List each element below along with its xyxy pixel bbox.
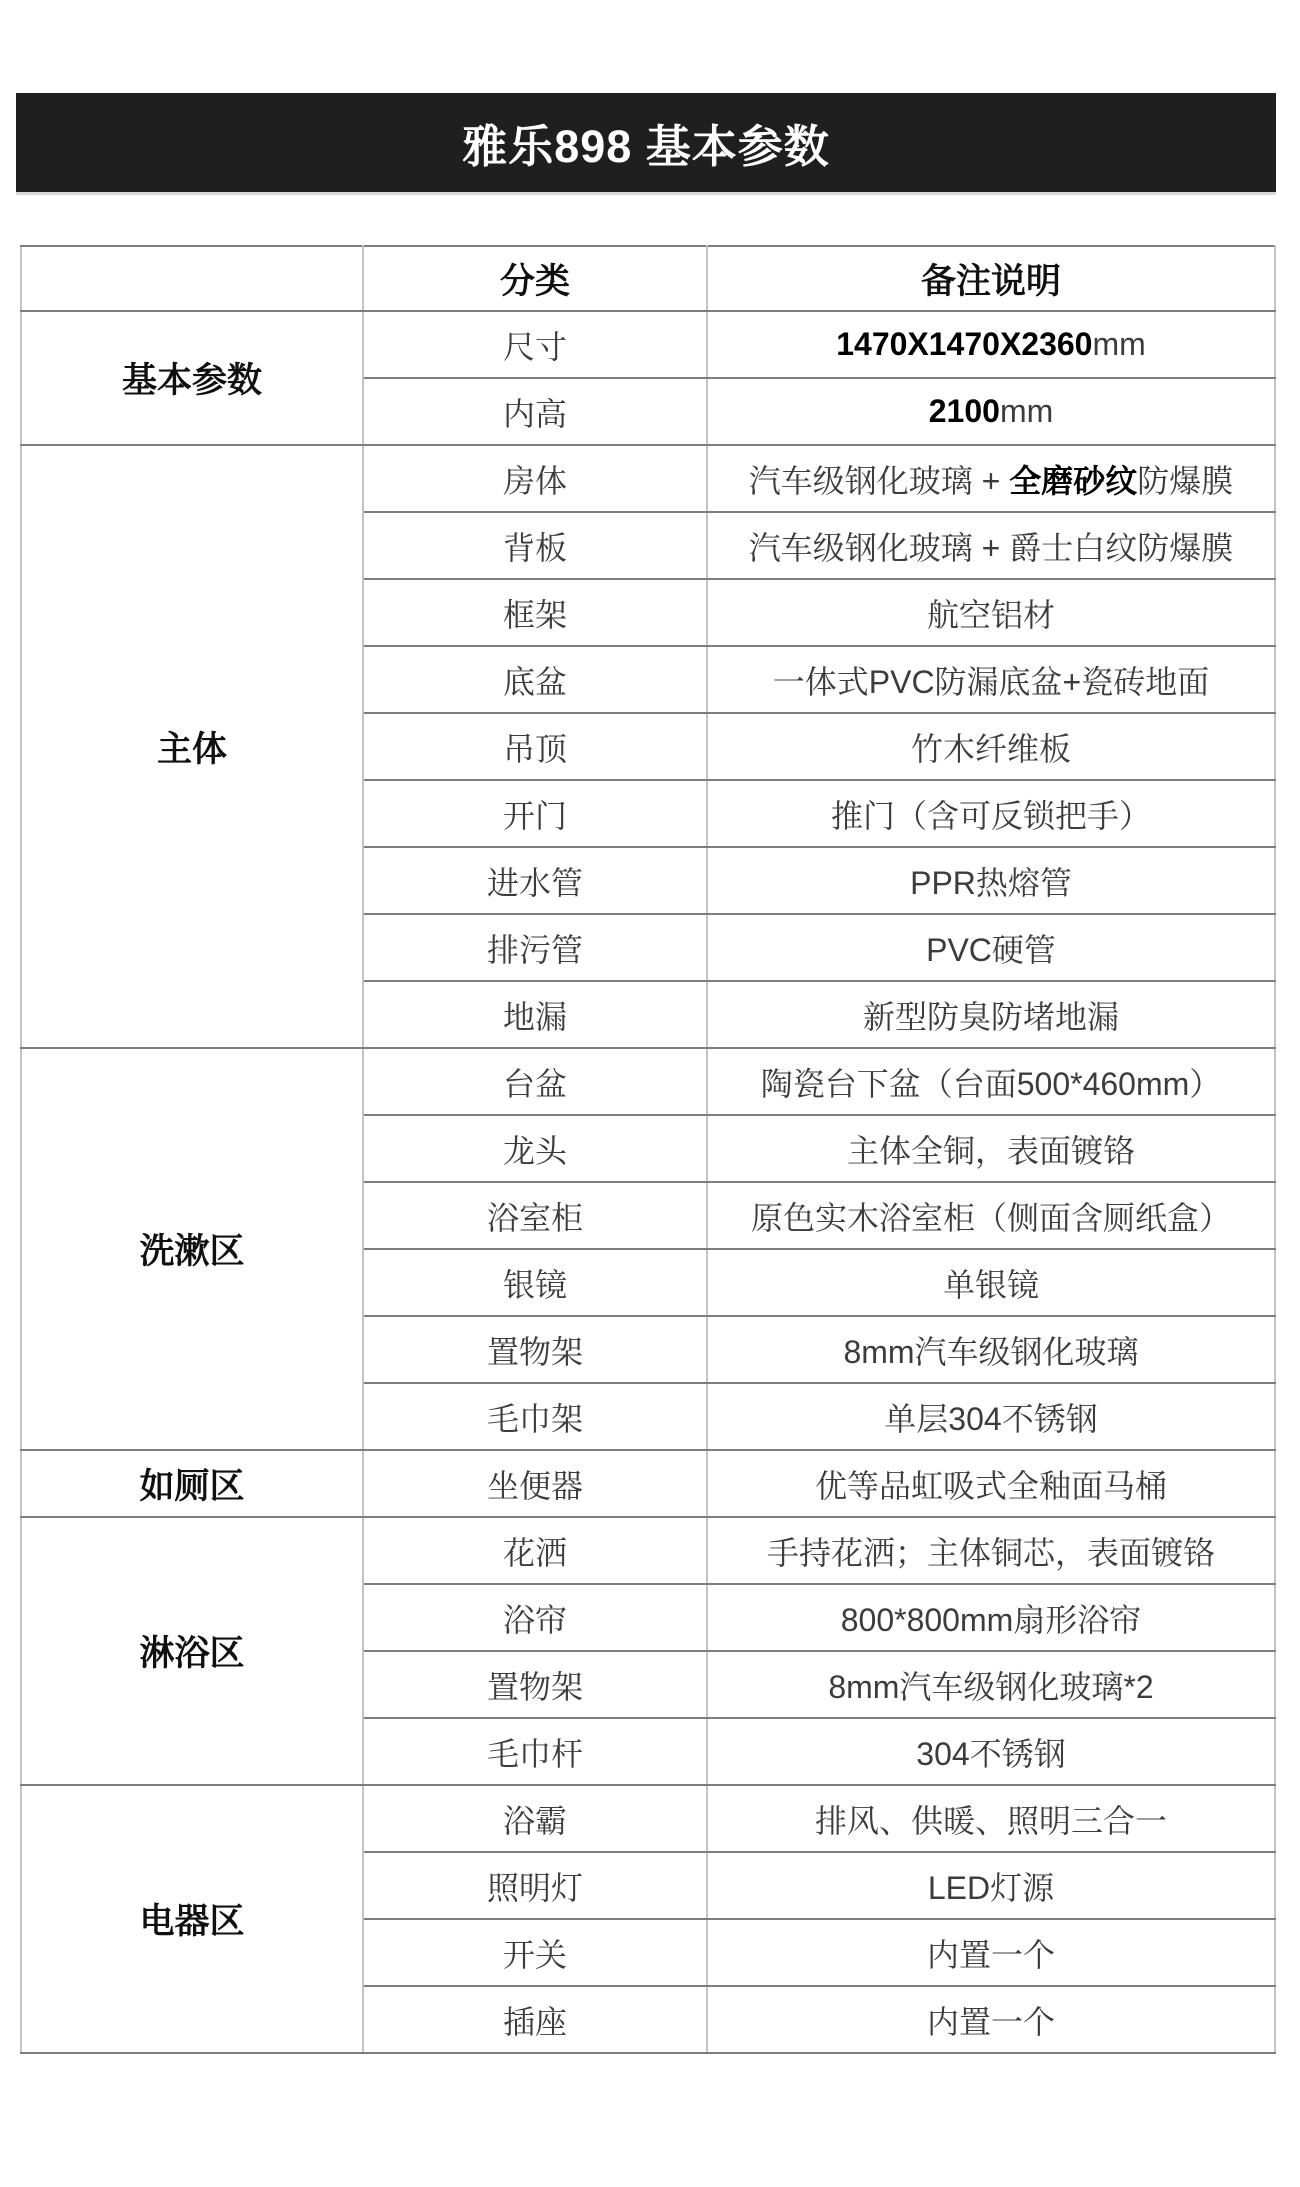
value-segment: mm xyxy=(1000,393,1053,429)
row-item-cell: 尺寸 xyxy=(363,311,707,378)
row-item-cell: 内高 xyxy=(363,378,707,445)
row-item-cell: 框架 xyxy=(363,579,707,646)
value-segment: 单层304不锈钢 xyxy=(884,1401,1097,1437)
value-segment: 800*800mm扇形浴帘 xyxy=(841,1602,1142,1638)
section-label-cell: 电器区 xyxy=(21,1785,363,2053)
value-segment: 陶瓷台下盆（台面500*460mm） xyxy=(761,1066,1222,1102)
row-value-cell: 排风、供暖、照明三合一 xyxy=(707,1785,1275,1852)
row-value-cell: 304不锈钢 xyxy=(707,1718,1275,1785)
value-segment: 8mm汽车级钢化玻璃 xyxy=(843,1334,1138,1370)
row-value-cell: 新型防臭防堵地漏 xyxy=(707,981,1275,1048)
section-label-cell: 主体 xyxy=(21,445,363,1048)
value-segment: 内置一个 xyxy=(927,2004,1055,2040)
row-value-cell: 汽车级钢化玻璃 + 爵士白纹防爆膜 xyxy=(707,512,1275,579)
row-value-cell: 主体全铜，表面镀铬 xyxy=(707,1115,1275,1182)
value-segment: 单银镜 xyxy=(943,1267,1039,1303)
value-segment: 内置一个 xyxy=(927,1937,1055,1973)
value-segment: 优等品虹吸式全釉面马桶 xyxy=(815,1468,1167,1504)
row-value-cell: 单层304不锈钢 xyxy=(707,1383,1275,1450)
row-value-cell: PPR热熔管 xyxy=(707,847,1275,914)
value-bold-segment: 全磨砂纹 xyxy=(1009,463,1137,499)
row-item-cell: 置物架 xyxy=(363,1316,707,1383)
row-value-cell: 一体式PVC防漏底盆+瓷砖地面 xyxy=(707,646,1275,713)
row-item-cell: 浴室柜 xyxy=(363,1182,707,1249)
row-item-cell: 照明灯 xyxy=(363,1852,707,1919)
spec-table-body: 基本参数尺寸1470X1470X2360mm内高2100mm主体房体汽车级钢化玻… xyxy=(21,311,1275,2053)
row-value-cell: 1470X1470X2360mm xyxy=(707,311,1275,378)
row-item-cell: 地漏 xyxy=(363,981,707,1048)
row-value-cell: 内置一个 xyxy=(707,1919,1275,1986)
row-value-cell: 优等品虹吸式全釉面马桶 xyxy=(707,1450,1275,1517)
row-item-cell: 插座 xyxy=(363,1986,707,2053)
row-item-cell: 龙头 xyxy=(363,1115,707,1182)
row-value-cell: 手持花洒；主体铜芯，表面镀铬 xyxy=(707,1517,1275,1584)
value-segment: 竹木纤维板 xyxy=(911,731,1071,767)
row-item-cell: 坐便器 xyxy=(363,1450,707,1517)
header-remark-cell: 备注说明 xyxy=(707,246,1275,311)
value-segment: 航空铝材 xyxy=(927,597,1055,633)
row-value-cell: 单银镜 xyxy=(707,1249,1275,1316)
table-row: 淋浴区花洒手持花洒；主体铜芯，表面镀铬 xyxy=(21,1517,1275,1584)
row-item-cell: 银镜 xyxy=(363,1249,707,1316)
table-row: 洗漱区台盆陶瓷台下盆（台面500*460mm） xyxy=(21,1048,1275,1115)
row-value-cell: 推门（含可反锁把手） xyxy=(707,780,1275,847)
row-value-cell: 原色实木浴室柜（侧面含厕纸盒） xyxy=(707,1182,1275,1249)
row-value-cell: LED灯源 xyxy=(707,1852,1275,1919)
row-item-cell: 浴帘 xyxy=(363,1584,707,1651)
value-segment: 新型防臭防堵地漏 xyxy=(863,999,1119,1035)
row-value-cell: 竹木纤维板 xyxy=(707,713,1275,780)
value-segment: PPR热熔管 xyxy=(910,865,1072,901)
row-item-cell: 浴霸 xyxy=(363,1785,707,1852)
value-segment: 手持花洒；主体铜芯，表面镀铬 xyxy=(767,1535,1215,1571)
row-value-cell: 800*800mm扇形浴帘 xyxy=(707,1584,1275,1651)
header-category-cell xyxy=(21,246,363,311)
row-value-cell: PVC硬管 xyxy=(707,914,1275,981)
row-value-cell: 8mm汽车级钢化玻璃 xyxy=(707,1316,1275,1383)
row-item-cell: 开门 xyxy=(363,780,707,847)
table-row: 电器区浴霸排风、供暖、照明三合一 xyxy=(21,1785,1275,1852)
table-row: 如厕区坐便器优等品虹吸式全釉面马桶 xyxy=(21,1450,1275,1517)
row-item-cell: 背板 xyxy=(363,512,707,579)
row-value-cell: 航空铝材 xyxy=(707,579,1275,646)
title-banner: 雅乐898 基本参数 xyxy=(16,93,1276,192)
row-item-cell: 花洒 xyxy=(363,1517,707,1584)
spec-table: 分类 备注说明 基本参数尺寸1470X1470X2360mm内高2100mm主体… xyxy=(20,245,1276,2054)
section-label-cell: 洗漱区 xyxy=(21,1048,363,1450)
section-label-cell: 淋浴区 xyxy=(21,1517,363,1785)
header-item-cell: 分类 xyxy=(363,246,707,311)
row-item-cell: 毛巾架 xyxy=(363,1383,707,1450)
section-label-cell: 如厕区 xyxy=(21,1450,363,1517)
row-item-cell: 吊顶 xyxy=(363,713,707,780)
value-segment: 主体全铜，表面镀铬 xyxy=(847,1133,1135,1169)
value-segment: 8mm汽车级钢化玻璃*2 xyxy=(828,1669,1153,1705)
value-segment: 汽车级钢化玻璃 + xyxy=(749,463,1009,499)
table-row: 主体房体汽车级钢化玻璃 + 全磨砂纹防爆膜 xyxy=(21,445,1275,512)
value-segment: mm xyxy=(1092,326,1145,362)
section-label-cell: 基本参数 xyxy=(21,311,363,445)
value-segment: 原色实木浴室柜（侧面含厕纸盒） xyxy=(751,1200,1231,1236)
value-segment: 排风、供暖、照明三合一 xyxy=(815,1803,1167,1839)
value-segment: 推门（含可反锁把手） xyxy=(831,798,1151,834)
value-segment: 304不锈钢 xyxy=(916,1736,1065,1772)
row-item-cell: 进水管 xyxy=(363,847,707,914)
value-segment: PVC硬管 xyxy=(926,932,1056,968)
value-segment: LED灯源 xyxy=(928,1870,1054,1906)
row-item-cell: 台盆 xyxy=(363,1048,707,1115)
row-item-cell: 毛巾杆 xyxy=(363,1718,707,1785)
row-item-cell: 底盆 xyxy=(363,646,707,713)
value-bold-segment: 1470X1470X2360 xyxy=(836,326,1092,362)
header-row: 分类 备注说明 xyxy=(21,246,1275,311)
value-bold-segment: 2100 xyxy=(929,393,1000,429)
row-value-cell: 2100mm xyxy=(707,378,1275,445)
row-value-cell: 内置一个 xyxy=(707,1986,1275,2053)
value-segment: 防爆膜 xyxy=(1137,463,1233,499)
page-title: 雅乐898 基本参数 xyxy=(462,110,830,175)
row-item-cell: 房体 xyxy=(363,445,707,512)
value-segment: 汽车级钢化玻璃 + 爵士白纹防爆膜 xyxy=(749,530,1233,566)
row-value-cell: 8mm汽车级钢化玻璃*2 xyxy=(707,1651,1275,1718)
row-item-cell: 开关 xyxy=(363,1919,707,1986)
row-item-cell: 排污管 xyxy=(363,914,707,981)
value-segment: 一体式PVC防漏底盆+瓷砖地面 xyxy=(773,664,1210,700)
row-value-cell: 陶瓷台下盆（台面500*460mm） xyxy=(707,1048,1275,1115)
row-item-cell: 置物架 xyxy=(363,1651,707,1718)
row-value-cell: 汽车级钢化玻璃 + 全磨砂纹防爆膜 xyxy=(707,445,1275,512)
table-row: 基本参数尺寸1470X1470X2360mm xyxy=(21,311,1275,378)
